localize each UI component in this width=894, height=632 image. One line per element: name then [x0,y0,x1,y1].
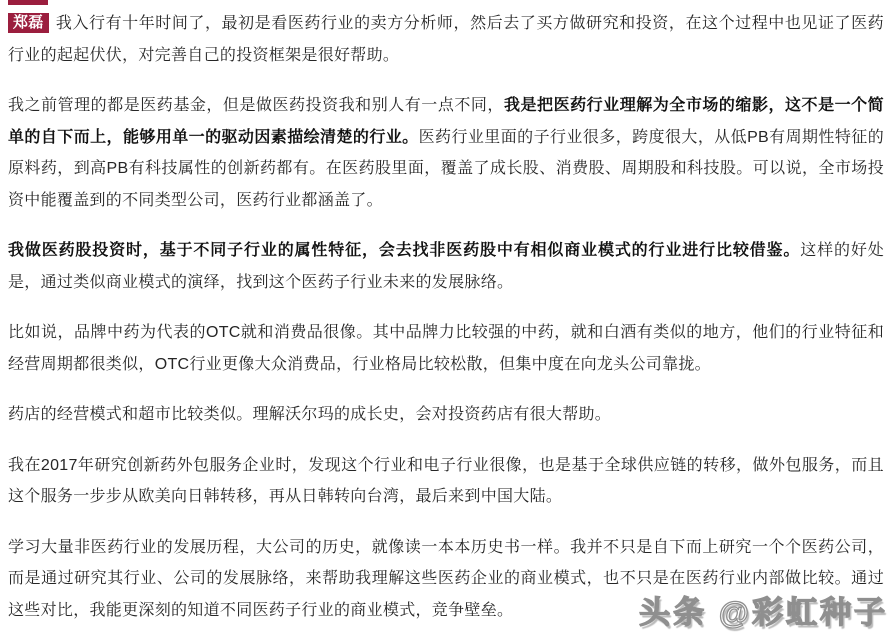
article-page: 郑磊我入行有十年时间了，最初是看医药行业的卖方分析师，然后去了买方做研究和投资，… [0,0,894,632]
paragraph: 药店的经营模式和超市比较类似。理解沃尔玛的成长史，会对投资药店有很大帮助。 [8,399,884,431]
speaker-badge: 郑磊 [8,13,49,33]
text-segment: 比如说，品牌中药为代表的OTC就和消费品很像。其中品牌力比较强的中药，就和白酒有… [8,324,884,373]
text-segment: 我之前管理的都是医药基金，但是做医药投资我和别人有一点不同， [8,97,504,114]
paragraph: 我之前管理的都是医药基金，但是做医药投资我和别人有一点不同，我是把医药行业理解为… [8,90,884,216]
paragraph: 比如说，品牌中药为代表的OTC就和消费品很像。其中品牌力比较强的中药，就和白酒有… [8,317,884,380]
paragraph: 我做医药股投资时，基于不同子行业的属性特征，会去找非医药股中有相似商业模式的行业… [8,235,884,298]
text-segment: 药店的经营模式和超市比较类似。理解沃尔玛的成长史，会对投资药店有很大帮助。 [8,406,611,423]
speaker-badge-cutoff [8,0,48,5]
text-segment: 学习大量非医药行业的发展历程，大公司的历史，就像读一本本历史书一样。我并不只是自… [8,539,884,619]
paragraph: 学习大量非医药行业的发展历程，大公司的历史，就像读一本本历史书一样。我并不只是自… [8,532,884,627]
text-segment: 我在2017年研究创新药外包服务企业时，发现这个行业和电子行业很像，也是基于全球… [8,457,884,506]
paragraph: 我在2017年研究创新药外包服务企业时，发现这个行业和电子行业很像，也是基于全球… [8,450,884,513]
text-segment: 我入行有十年时间了，最初是看医药行业的卖方分析师，然后去了买方做研究和投资，在这… [8,15,884,64]
bold-text-segment: 我做医药股投资时，基于不同子行业的属性特征，会去找非医药股中有相似商业模式的行业… [8,242,800,259]
paragraph: 郑磊我入行有十年时间了，最初是看医药行业的卖方分析师，然后去了买方做研究和投资，… [8,8,884,71]
article-body: 郑磊我入行有十年时间了，最初是看医药行业的卖方分析师，然后去了买方做研究和投资，… [0,0,894,626]
